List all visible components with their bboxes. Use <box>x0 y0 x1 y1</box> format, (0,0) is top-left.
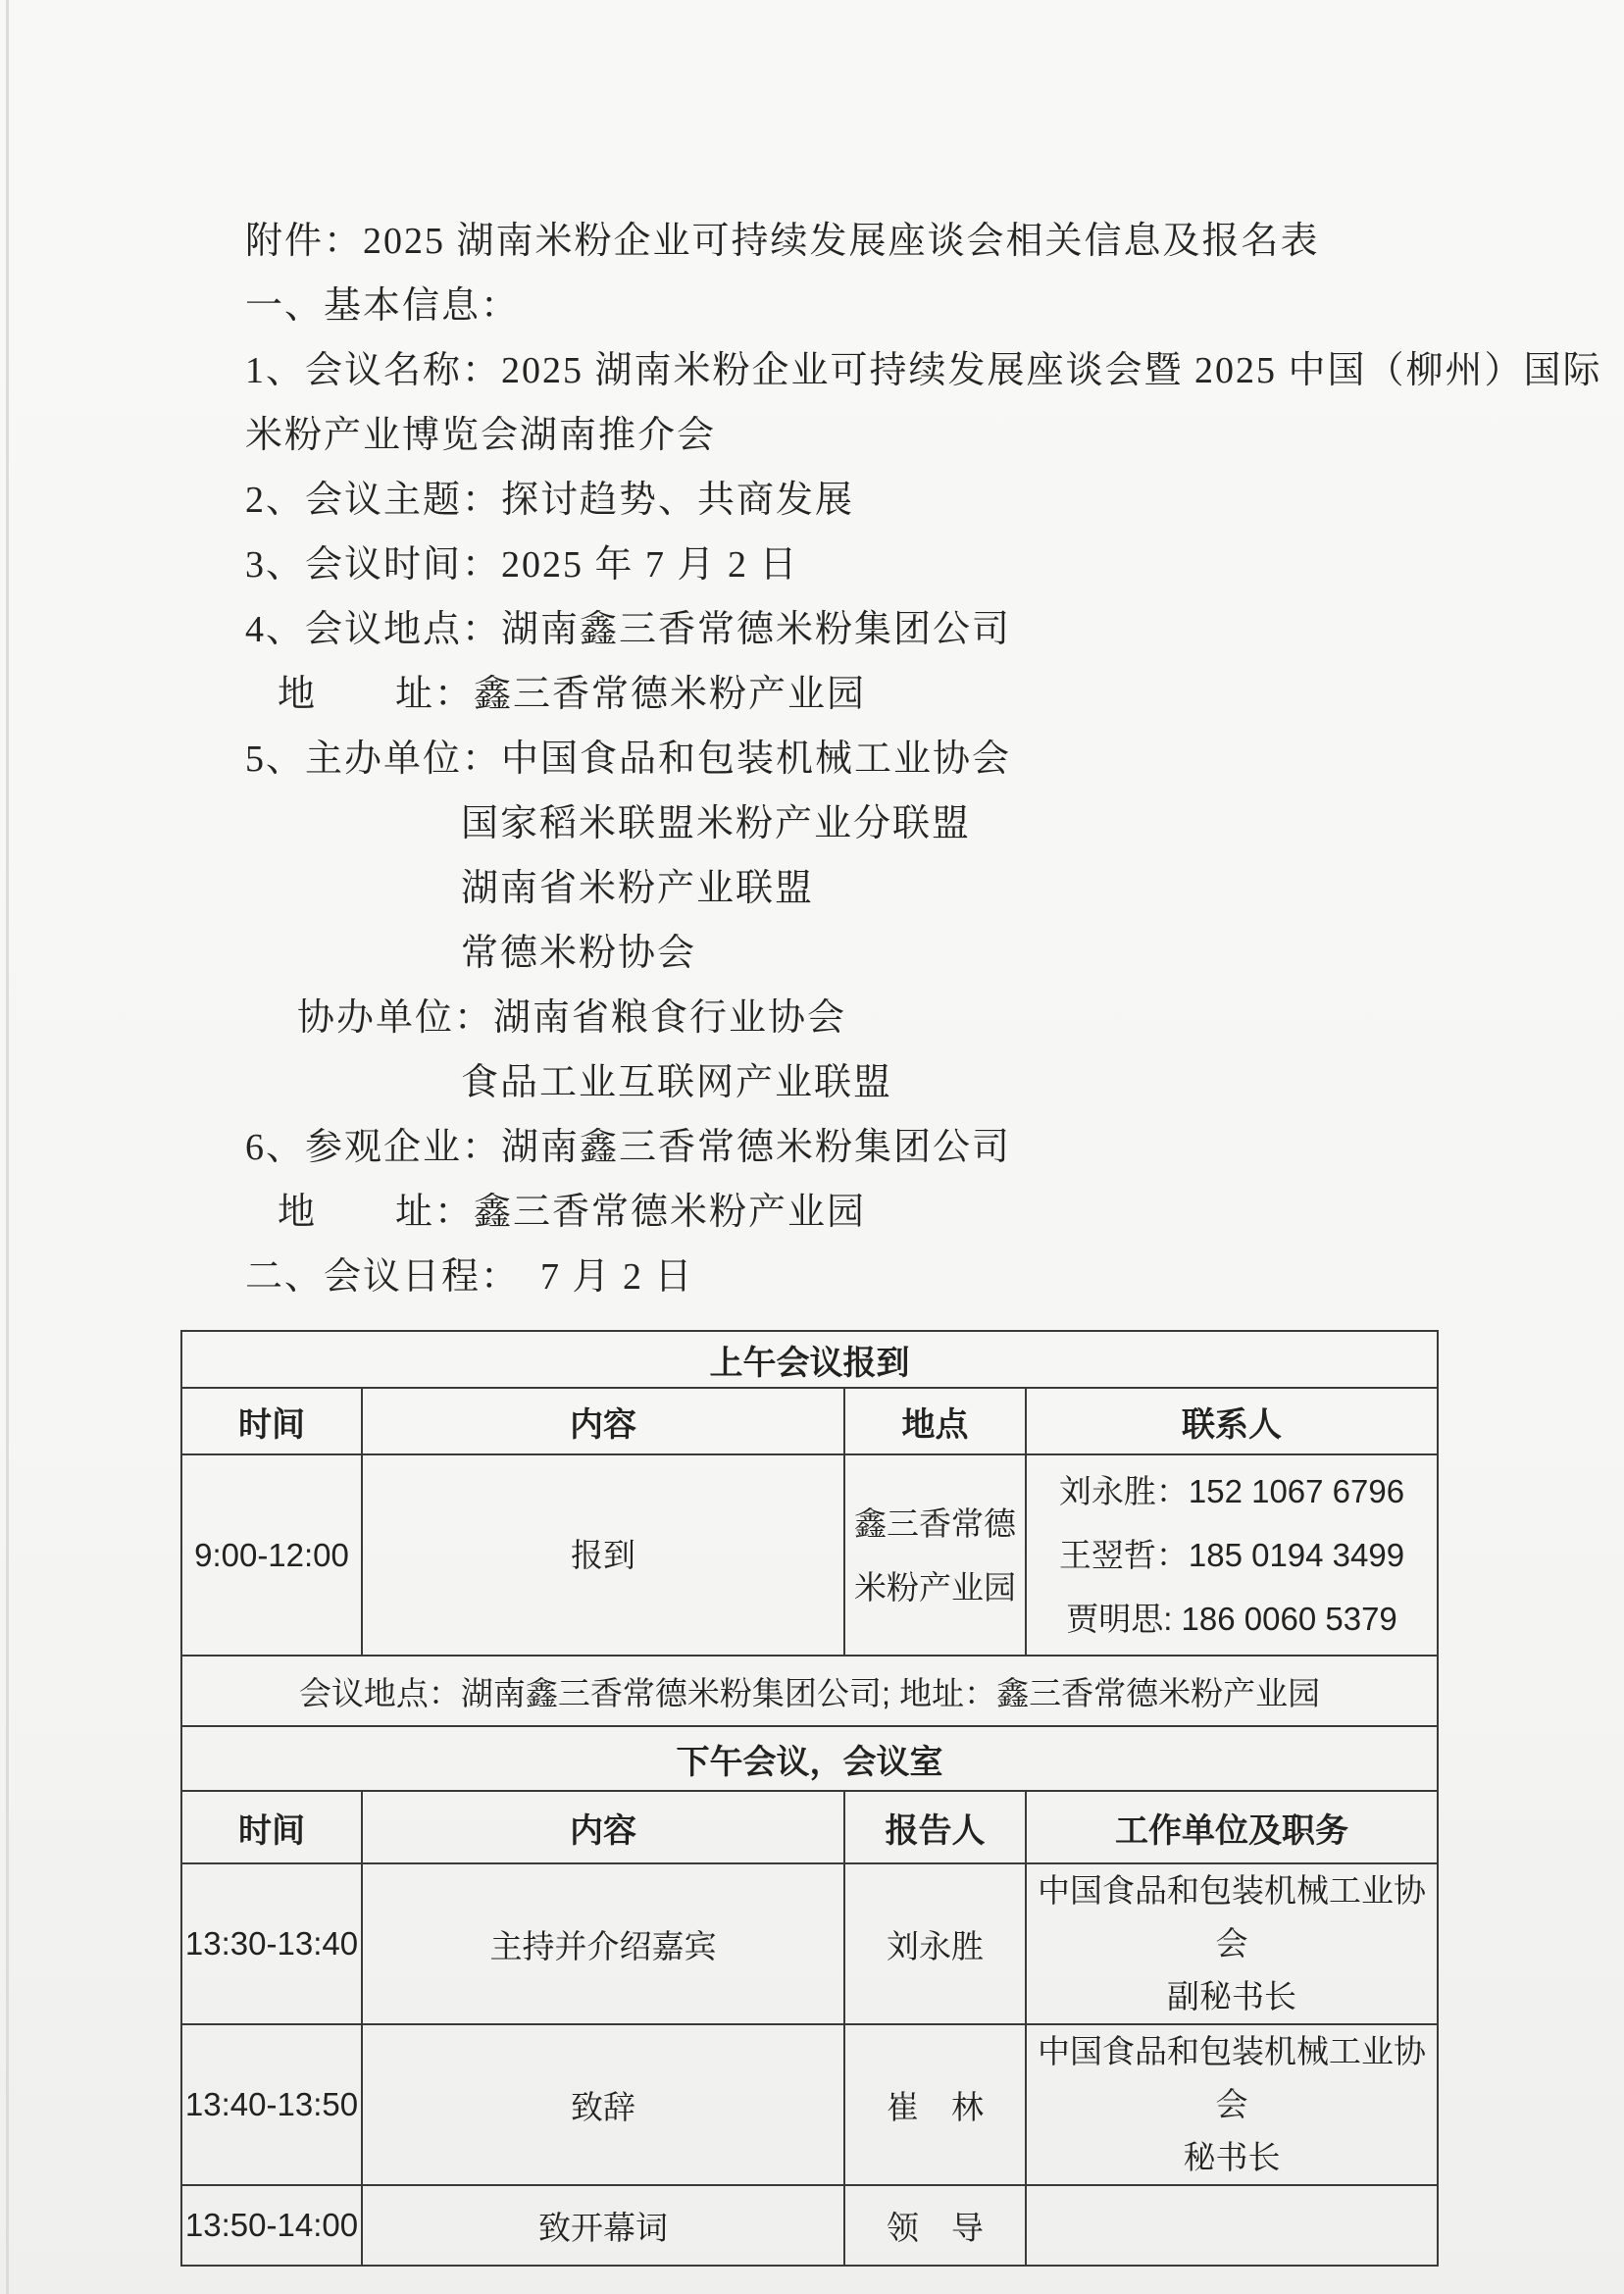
org-line: 中国食品和包装机械工业协会 <box>1027 1864 1437 1970</box>
doc-line-meeting-theme: 2、会议主题：探讨趋势、共商发展 <box>0 468 1624 533</box>
cell-content: 主持并介绍嘉宾 <box>362 1863 844 2024</box>
cell-morning-location: 鑫三香常德 米粉产业园 <box>844 1454 1026 1656</box>
document-body: 附件：2025 湖南米粉企业可持续发展座谈会相关信息及报名表 一、基本信息： 1… <box>0 209 1624 1309</box>
header-org-position: 工作单位及职务 <box>1026 1791 1438 1863</box>
doc-line-co-org-2: 食品工业互联网产业联盟 <box>0 1050 1624 1115</box>
cell-org-position: 中国食品和包装机械工业协会 秘书长 <box>1026 2024 1438 2185</box>
afternoon-row-1: 13:30-13:40 主持并介绍嘉宾 刘永胜 中国食品和包装机械工业协会 副秘… <box>181 1863 1438 2024</box>
morning-title-cell: 上午会议报到 <box>181 1331 1438 1388</box>
cell-morning-time: 9:00-12:00 <box>181 1454 362 1656</box>
cell-org-position: 中国食品和包装机械工业协会 副秘书长 <box>1026 1863 1438 2024</box>
doc-line-co-org: 协办单位：湖南省粮食行业协会 <box>0 986 1624 1050</box>
section-heading-basic-info: 一、基本信息： <box>0 274 1624 338</box>
contact-line: 贾明思: 186 0060 5379 <box>1027 1587 1437 1651</box>
cell-content: 致开幕词 <box>362 2185 844 2266</box>
header-location: 地点 <box>844 1388 1026 1454</box>
header-speaker: 报告人 <box>844 1791 1026 1863</box>
org-line: 副秘书长 <box>1027 1970 1437 2023</box>
contact-line: 王翌哲：185 0194 3499 <box>1027 1523 1437 1587</box>
doc-line-visit-company: 6、参观企业：湖南鑫三香常德米粉集团公司 <box>0 1115 1624 1180</box>
cell-content: 致辞 <box>362 2024 844 2185</box>
contact-line: 刘永胜：152 1067 6796 <box>1027 1459 1437 1523</box>
cell-time: 13:50-14:00 <box>181 2185 362 2266</box>
header-time: 时间 <box>181 1388 362 1454</box>
doc-line-meeting-venue: 4、会议地点：湖南鑫三香常德米粉集团公司 <box>0 597 1624 662</box>
afternoon-title-row: 下午会议，会议室 <box>181 1726 1438 1791</box>
doc-line-host-org-3: 湖南省米粉产业联盟 <box>0 856 1624 921</box>
schedule-table: 上午会议报到 时间 内容 地点 联系人 9:00-12:00 报到 鑫三香常德 … <box>180 1330 1439 2267</box>
section-heading-agenda: 二、会议日程： 7 月 2 日 <box>0 1245 1624 1309</box>
doc-line-meeting-time: 3、会议时间：2025 年 7 月 2 日 <box>0 533 1624 597</box>
doc-line-host-org-2: 国家稻米联盟米粉产业分联盟 <box>0 791 1624 856</box>
cell-org-position <box>1026 2185 1438 2266</box>
morning-header-row: 时间 内容 地点 联系人 <box>181 1388 1438 1454</box>
attachment-title-line: 附件：2025 湖南米粉企业可持续发展座谈会相关信息及报名表 <box>0 209 1624 274</box>
cell-morning-content: 报到 <box>362 1454 844 1656</box>
cell-time: 13:30-13:40 <box>181 1863 362 2024</box>
doc-line-meeting-name-cont: 米粉产业博览会湖南推介会 <box>0 403 1624 468</box>
doc-line-host-org-4: 常德米粉协会 <box>0 921 1624 986</box>
cell-morning-contacts: 刘永胜：152 1067 6796 王翌哲：185 0194 3499 贾明思:… <box>1026 1454 1438 1656</box>
afternoon-row-3: 13:50-14:00 致开幕词 领 导 <box>181 2185 1438 2266</box>
afternoon-header-row: 时间 内容 报告人 工作单位及职务 <box>181 1791 1438 1863</box>
morning-title-row: 上午会议报到 <box>181 1331 1438 1388</box>
header-contact: 联系人 <box>1026 1388 1438 1454</box>
afternoon-title-cell: 下午会议，会议室 <box>181 1726 1438 1791</box>
doc-line-host-org: 5、主办单位：中国食品和包装机械工业协会 <box>0 727 1624 791</box>
venue-note-cell: 会议地点：湖南鑫三香常德米粉集团公司; 地址：鑫三香常德米粉产业园 <box>181 1656 1438 1726</box>
org-line: 秘书长 <box>1027 2131 1437 2184</box>
location-line: 米粉产业园 <box>845 1555 1025 1619</box>
morning-data-row: 9:00-12:00 报到 鑫三香常德 米粉产业园 刘永胜：152 1067 6… <box>181 1454 1438 1656</box>
header-time: 时间 <box>181 1791 362 1863</box>
doc-line-venue-address: 地 址：鑫三香常德米粉产业园 <box>0 662 1624 727</box>
cell-time: 13:40-13:50 <box>181 2024 362 2185</box>
venue-note-row: 会议地点：湖南鑫三香常德米粉集团公司; 地址：鑫三香常德米粉产业园 <box>181 1656 1438 1726</box>
scanned-document-page: 附件：2025 湖南米粉企业可持续发展座谈会相关信息及报名表 一、基本信息： 1… <box>0 0 1624 2294</box>
location-line: 鑫三香常德 <box>845 1492 1025 1555</box>
afternoon-row-2: 13:40-13:50 致辞 崔 林 中国食品和包装机械工业协会 秘书长 <box>181 2024 1438 2185</box>
doc-line-meeting-name: 1、会议名称：2025 湖南米粉企业可持续发展座谈会暨 2025 中国（柳州）国… <box>0 338 1624 403</box>
org-line: 中国食品和包装机械工业协会 <box>1027 2025 1437 2131</box>
header-content: 内容 <box>362 1388 844 1454</box>
cell-speaker: 领 导 <box>844 2185 1026 2266</box>
header-content: 内容 <box>362 1791 844 1863</box>
cell-speaker: 崔 林 <box>844 2024 1026 2185</box>
cell-speaker: 刘永胜 <box>844 1863 1026 2024</box>
doc-line-visit-address: 地 址：鑫三香常德米粉产业园 <box>0 1180 1624 1245</box>
